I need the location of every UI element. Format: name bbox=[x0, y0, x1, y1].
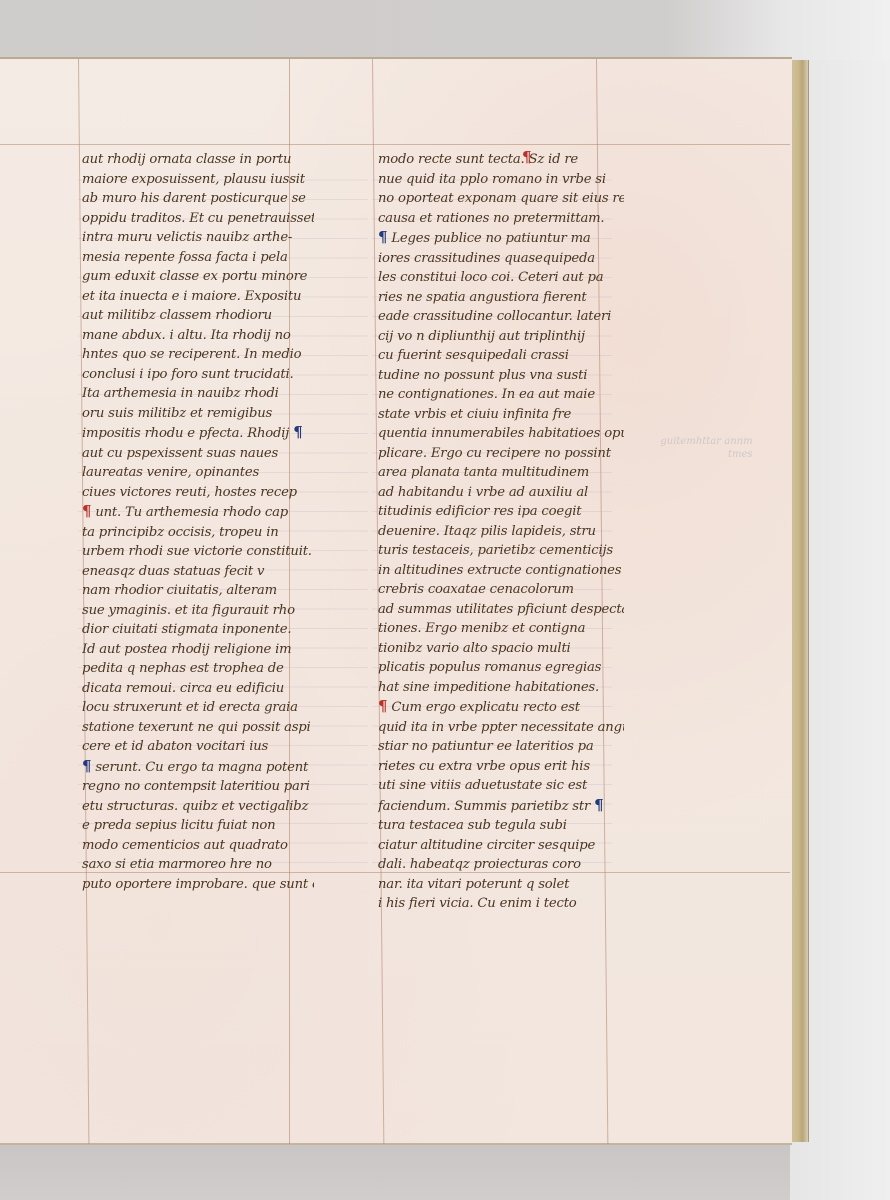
text-line: conclusi i ipo foro sunt trucidati. bbox=[82, 365, 314, 385]
text-line: nue quid ita pplo romano in vrbe si bbox=[378, 170, 624, 190]
text-line: faciendum. Summis parietibz str bbox=[378, 799, 590, 814]
text-line: statione texerunt ne qui possit aspi bbox=[82, 718, 314, 738]
text-line: pedita q nephas est trophea de bbox=[82, 659, 314, 679]
text-line: plicare. Ergo cu recipere no possint bbox=[378, 444, 624, 464]
text-line: les constitui loco coi. Ceteri aut pa bbox=[378, 268, 624, 288]
paraph-mark-red-icon: ¶ bbox=[378, 697, 387, 715]
text-line: tura testacea sub tegula subi bbox=[378, 816, 624, 836]
text-line: Id aut postea rhodij religione im bbox=[82, 640, 314, 660]
text-line: Ita arthemesia in nauibz rhodi bbox=[82, 384, 314, 404]
text-line: mane abdux. i altu. Ita rhodij no bbox=[82, 326, 314, 346]
text-line-with-paraph: impositis rhodu e pfecta. Rhodij ¶ bbox=[82, 423, 314, 444]
text-line: dali. habeatqz proiecturas coro bbox=[378, 855, 624, 875]
text-line: stiar no patiuntur ee lateritios pa bbox=[378, 737, 624, 757]
text-line-with-paraph: ¶ Cum ergo explicatu recto est bbox=[378, 697, 624, 718]
text-line: ciues victores reuti, hostes recep bbox=[82, 483, 314, 503]
text-line: sue ymaginis. et ita figurauit rho bbox=[82, 601, 314, 621]
text-line: eade crassitudine collocantur. lateri bbox=[378, 307, 624, 327]
text-line: aut rhodij ornata classe in portu bbox=[82, 150, 314, 170]
text-line: impositis rhodu e pfecta. Rhodij bbox=[82, 426, 289, 441]
text-line: ab muro his darent posticurque se bbox=[82, 189, 314, 209]
text-line: i his fieri vicia. Cu enim i tecto bbox=[378, 894, 624, 914]
text-line: area planata tanta multitudinem bbox=[378, 463, 624, 483]
text-line: locu struxerunt et id erecta graia bbox=[82, 698, 314, 718]
text-line: urbem rhodi sue victorie constituit. bbox=[82, 542, 314, 562]
text-line: mesia repente fossa facta i pela bbox=[82, 248, 314, 268]
text-line: etu structuras. quibz et vectigalibz bbox=[82, 797, 314, 817]
paraph-mark-red-icon: ¶ bbox=[82, 502, 91, 520]
text-line: iores crassitudines quasequipeda bbox=[378, 249, 624, 269]
show-through-line: guitemhttar annm bbox=[660, 436, 752, 447]
text-column-left: aut rhodij ornata classe in portu maiore… bbox=[82, 150, 314, 894]
text-line: modo recte sunt tecta. Sz id re bbox=[378, 152, 578, 167]
text-line: ta principibz occisis, tropeu in bbox=[82, 523, 314, 543]
text-line: tiones. Ergo menibz et contigna bbox=[378, 619, 624, 639]
text-line: modo cementicios aut quadrato bbox=[82, 836, 314, 856]
text-line: oru suis militibz et remigibus bbox=[82, 404, 314, 424]
text-line: dior ciuitati stigmata inponente. bbox=[82, 620, 314, 640]
text-line: ciatur altitudine circiter sesquipe bbox=[378, 836, 624, 856]
text-line: tionibz vario alto spacio multi bbox=[378, 639, 624, 659]
paraph-mark-blue-icon: ¶ bbox=[594, 796, 603, 814]
text-line: ries ne spatia angustiora fierent bbox=[378, 288, 624, 308]
text-line: cere et id abaton vocitari ius bbox=[82, 737, 314, 757]
paraph-mark-blue-icon: ¶ bbox=[378, 228, 387, 246]
text-line: tudine no possunt plus vna susti bbox=[378, 366, 624, 386]
text-line: saxo si etia marmoreo hre no bbox=[82, 855, 314, 875]
text-line: laureatas venire, opinantes bbox=[82, 463, 314, 483]
text-line-with-paraph: faciendum. Summis parietibz str ¶ bbox=[378, 796, 624, 817]
photo-backdrop bbox=[0, 0, 890, 60]
text-line: oppidu traditos. Et cu penetrauisset bbox=[82, 209, 314, 229]
text-line: in altitudines extructe contignationes bbox=[378, 561, 624, 581]
text-line: intra muru velictis nauibz arthe- bbox=[82, 228, 314, 248]
text-line: serunt. Cu ergo ta magna potent bbox=[95, 760, 308, 775]
text-line-with-paraph: ¶ serunt. Cu ergo ta magna potent bbox=[82, 757, 314, 778]
text-line: unt. Tu arthemesia rhodo cap bbox=[95, 505, 288, 520]
text-line: no oporteat exponam quare sit eius rei bbox=[378, 189, 624, 209]
text-line: deuenire. Itaqz pilis lapideis, stru bbox=[378, 522, 624, 542]
text-line: Leges publice no patiuntur ma bbox=[391, 231, 590, 246]
text-line: dicata remoui. circa eu edificiu bbox=[82, 679, 314, 699]
text-line: Cum ergo explicatu recto est bbox=[391, 700, 580, 715]
text-line: cu fuerint sesquipedali crassi bbox=[378, 346, 624, 366]
text-line: state vrbis et ciuiu infinita fre bbox=[378, 405, 624, 425]
show-through-line: tmes bbox=[650, 449, 753, 460]
text-line: cij vo n dipliunthij aut triplinthij bbox=[378, 327, 624, 347]
text-line: plicatis populus romanus egregias bbox=[378, 658, 624, 678]
text-line: ad summas utilitates pficiunt despecta bbox=[378, 600, 624, 620]
text-line: nam rhodior ciuitatis, alteram bbox=[82, 581, 314, 601]
text-line: aut cu pspexissent suas naues bbox=[82, 444, 314, 464]
text-line: uti sine vitiis aduetustate sic est bbox=[378, 776, 624, 796]
paraph-mark-red-icon: ¶ bbox=[522, 148, 532, 166]
text-line: ne contignationes. In ea aut maie bbox=[378, 385, 624, 405]
paraph-mark-blue-icon: ¶ bbox=[82, 757, 91, 775]
ruling-line-top bbox=[0, 144, 790, 145]
text-line: gum eduxit classe ex portu minore bbox=[82, 267, 314, 287]
text-line: hat sine impeditione habitationes. bbox=[378, 678, 624, 698]
text-line: hntes quo se reciperent. In medio bbox=[82, 345, 314, 365]
text-line: regno no contempsit lateritiou pari bbox=[82, 777, 314, 797]
paraph-mark-blue-icon: ¶ bbox=[293, 423, 302, 441]
manuscript-page: guitemhttar annm tmes aut rhodij ornata … bbox=[0, 57, 792, 1145]
text-line: ad habitandu i vrbe ad auxiliu al bbox=[378, 483, 624, 503]
text-line: nar. ita vitari poterunt q solet bbox=[378, 875, 624, 895]
text-line-with-paraph: ¶ Leges publice no patiuntur ma bbox=[378, 228, 624, 249]
text-column-right: modo recte sunt tecta. Sz id re nue quid… bbox=[378, 150, 624, 914]
text-line: turis testaceis, parietibz cementicijs bbox=[378, 541, 624, 561]
text-line: rietes cu extra vrbe opus erit his bbox=[378, 757, 624, 777]
text-line: maiore exposuissent, plausu iussit bbox=[82, 170, 314, 190]
show-through-text: guitemhttar annm tmes bbox=[650, 435, 753, 461]
text-line: quid ita in vrbe ppter necessitate angu bbox=[378, 718, 624, 738]
text-line: titudinis edificior res ipa coegit bbox=[378, 502, 624, 522]
text-line: et ita inuecta e i maiore. Expositu bbox=[82, 287, 314, 307]
text-line: puto oportere improbare. que sunt e la bbox=[82, 875, 314, 895]
text-line-with-paraph: ¶ unt. Tu arthemesia rhodo cap bbox=[82, 502, 314, 523]
text-line-with-paraph: modo recte sunt tecta. Sz id re bbox=[378, 150, 624, 170]
text-line: quentia innumerabiles habitatioes opus e… bbox=[378, 424, 624, 444]
text-line: e preda sepius licitu fuiat non bbox=[82, 816, 314, 836]
text-line: eneasqz duas statuas fecit v bbox=[82, 562, 314, 582]
text-line: aut militibz classem rhodioru bbox=[82, 306, 314, 326]
text-line: crebris coaxatae cenacolorum bbox=[378, 580, 624, 600]
text-line: causa et rationes no pretermittam. bbox=[378, 209, 624, 229]
page-shadow bbox=[0, 1140, 790, 1200]
